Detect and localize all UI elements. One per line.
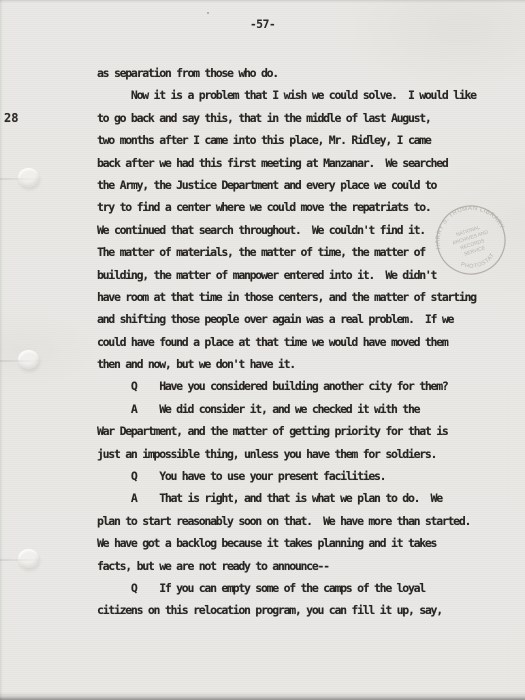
text-line: A We did consider it, and we checked it … xyxy=(97,398,476,420)
paper-speck xyxy=(207,12,209,14)
text-line: facts, but we are not ready to announce-… xyxy=(97,555,476,577)
text-line: just an impossible thing, unless you hav… xyxy=(97,443,476,465)
scan-edge-left xyxy=(0,0,3,700)
text-line: A That is right, and that is what we pla… xyxy=(97,487,476,509)
text-line: and shifting those people over again was… xyxy=(97,308,476,330)
scan-edge-top xyxy=(0,0,525,3)
punch-crease-top xyxy=(0,178,46,180)
punch-crease-bottom xyxy=(0,559,46,561)
text-line: We have got a backlog because it takes p… xyxy=(97,532,476,554)
text-line: as separation from those who do. xyxy=(97,62,476,84)
text-line: to go back and say this, that in the mid… xyxy=(97,107,476,129)
text-line: Now it is a problem that I wish we could… xyxy=(97,84,476,106)
text-line: plan to start reasonably soon on that. W… xyxy=(97,510,476,532)
document-page: -57- 28 as separation from those who do.… xyxy=(0,0,525,700)
text-line: two months after I came into this place,… xyxy=(97,129,476,151)
text-line: could have found a place at that time we… xyxy=(97,331,476,353)
typewritten-text: as separation from those who do. Now it … xyxy=(97,62,476,622)
text-line: the Army, the Justice Department and eve… xyxy=(97,174,476,196)
text-line: War Department, and the matter of gettin… xyxy=(97,420,476,442)
text-line: back after we had this first meeting at … xyxy=(97,152,476,174)
text-line: Q Have you considered building another c… xyxy=(97,375,476,397)
page-number: -57- xyxy=(0,17,525,31)
text-line: then and now, but we don't have it. xyxy=(97,353,476,375)
text-line: Q You have to use your present facilitie… xyxy=(97,465,476,487)
text-line: have room at that time in those centers,… xyxy=(97,286,476,308)
margin-note: 28 xyxy=(4,111,18,125)
text-line: Q If you can empty some of the camps of … xyxy=(97,577,476,599)
punch-crease-middle xyxy=(0,360,46,362)
text-line: citizens on this relocation program, you… xyxy=(97,599,476,621)
scan-edge-bottom xyxy=(0,692,525,700)
text-line: building, the matter of manpower entered… xyxy=(97,264,476,286)
text-line: The matter of materials, the matter of t… xyxy=(97,241,476,263)
